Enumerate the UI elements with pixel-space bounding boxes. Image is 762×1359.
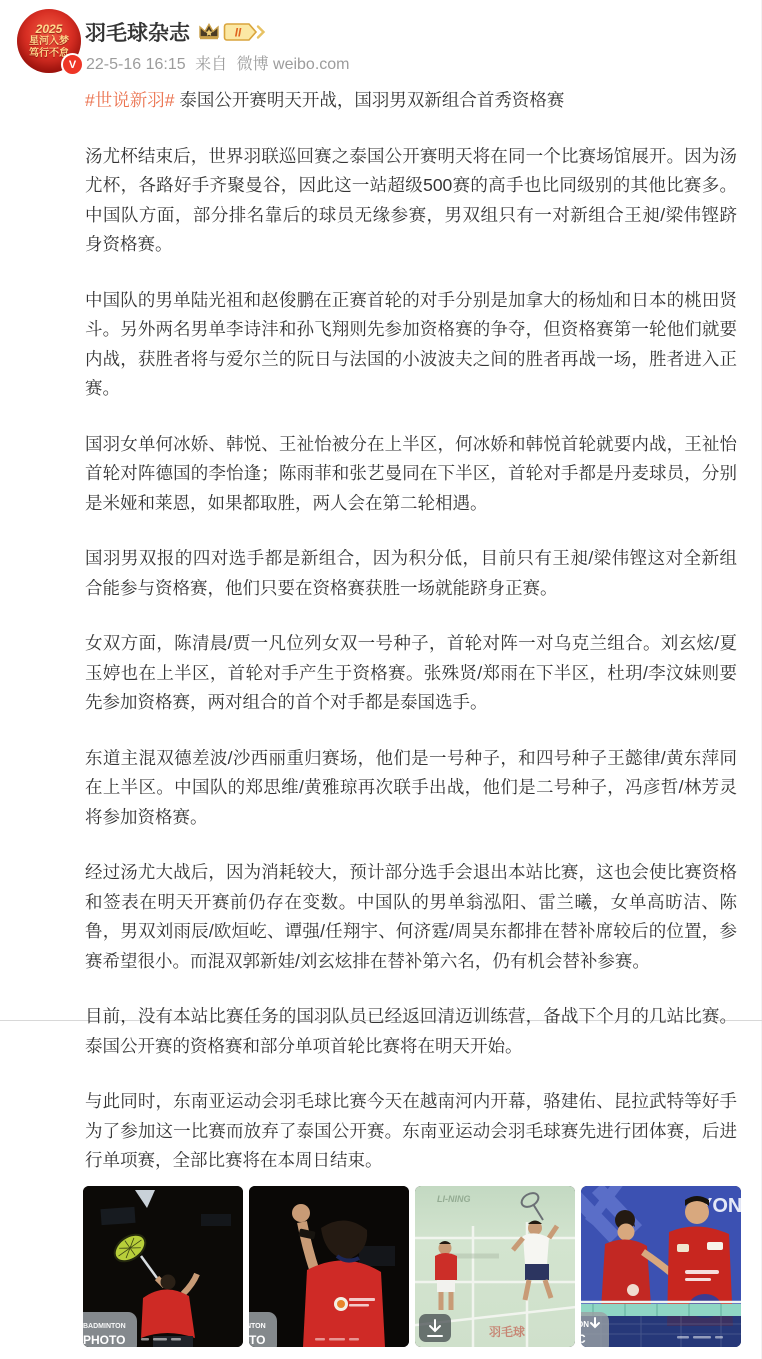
post-content: #世说新羽# 泰国公开赛明天开战，国羽男双新组合首秀资格赛 汤尤杯结束后，世界羽… [85, 86, 737, 1202]
post-paragraph: 东道主混双德差波/沙西丽重归赛场，他们是一号种子，和四号种子王懿律/黄东萍同在上… [85, 744, 737, 833]
photo-thumbnail-3[interactable]: LI-NING [415, 1186, 575, 1347]
avatar[interactable]: 2025 星河入梦 笃行不怠 V [17, 9, 81, 73]
post-meta: 22-5-16 16:15 来自 微博 weibo.com [86, 51, 355, 74]
weibo-post-card: 2025 星河入梦 笃行不怠 V 羽毛球杂志 II 22-5-16 16:15 … [0, 0, 762, 1359]
source-prefix: 来自 [195, 56, 227, 73]
photo-thumbnail-2[interactable]: BADMINTON PHOTO [249, 1186, 409, 1347]
svg-text:BADMINTON: BADMINTON [83, 1323, 126, 1330]
post-paragraph: 女双方面，陈清晨/贾一凡位列女双一号种子，首轮对阵一对乌克兰组合。刘玄炫/夏玉婷… [85, 629, 737, 718]
vip-crown-icon [197, 22, 221, 42]
avatar-slogan-line1: 星河入梦 [29, 36, 69, 48]
post-paragraph: 国羽男双报的四对选手都是新组合，因为积分低，目前只有王昶/梁伟铿这对全新组合能参… [85, 544, 737, 603]
avatar-year-text: 2025 [36, 23, 63, 36]
verified-badge-icon: V [61, 53, 84, 76]
svg-text:PHOTO: PHOTO [83, 1333, 125, 1347]
svg-text:C: C [581, 1332, 586, 1346]
post-paragraph: 经过汤尤大战后，因为消耗较大，预计部分选手会退出本站比赛，这也会使比赛资格和签表… [85, 858, 737, 976]
badminton-photo-watermark: BADMINTON PHOTO [249, 1312, 277, 1347]
download-icon [419, 1314, 451, 1342]
photo-thumbnail-1[interactable]: BADMINTON PHOTO [83, 1186, 243, 1347]
post-title-line: #世说新羽# 泰国公开赛明天开战，国羽男双新组合首秀资格赛 [85, 86, 737, 116]
post-paragraph: 汤尤杯结束后，世界羽联巡回赛之泰国公开赛明天将在同一个比赛场馆展开。因为汤尤杯，… [85, 142, 737, 260]
svg-text:ON: ON [581, 1320, 589, 1329]
vip-level-text: II [235, 28, 242, 40]
photo-watermark-text: 羽毛球 [489, 1324, 525, 1339]
image-grid: BADMINTON PHOTO [83, 1186, 741, 1347]
post-author-row: 羽毛球杂志 II [85, 17, 267, 47]
post-paragraph: 中国队的男单陆光祖和赵俊鹏在正赛首轮的对手分别是加拿大的杨灿和日本的桃田贤斗。另… [85, 286, 737, 404]
post-paragraph: 目前，没有本站比赛任务的国羽队员已经返回清迈训练营，备战下个月的几站比赛。泰国公… [85, 1002, 737, 1061]
vip-level-badge: II [223, 21, 267, 43]
court-brand-text: LI-NING [437, 1194, 471, 1204]
badminton-photo-watermark: BADMINTON PHOTO [83, 1312, 137, 1347]
svg-text:BADMINTON: BADMINTON [249, 1323, 266, 1330]
post-paragraph: 与此同时，东南亚运动会羽毛球比赛今天在越南河内开幕，骆建佑、昆拉武特等好手为了参… [85, 1087, 737, 1176]
post-title: 泰国公开赛明天开战，国羽男双新组合首秀资格赛 [179, 90, 564, 110]
hashtag-link[interactable]: #世说新羽# [85, 90, 174, 110]
post-paragraph: 国羽女单何冰娇、韩悦、王祉怡被分在上半区，何冰娇和韩悦首轮就要内战，王祉怡首轮对… [85, 430, 737, 519]
username-link[interactable]: 羽毛球杂志 [85, 17, 190, 47]
source-link[interactable]: 微博 weibo.com [237, 56, 350, 73]
timestamp: 22-5-16 16:15 [86, 56, 186, 73]
photo-thumbnail-4[interactable]: YONE [581, 1186, 741, 1347]
vip-icons: II [197, 21, 267, 43]
svg-text:PHOTO: PHOTO [249, 1333, 265, 1347]
